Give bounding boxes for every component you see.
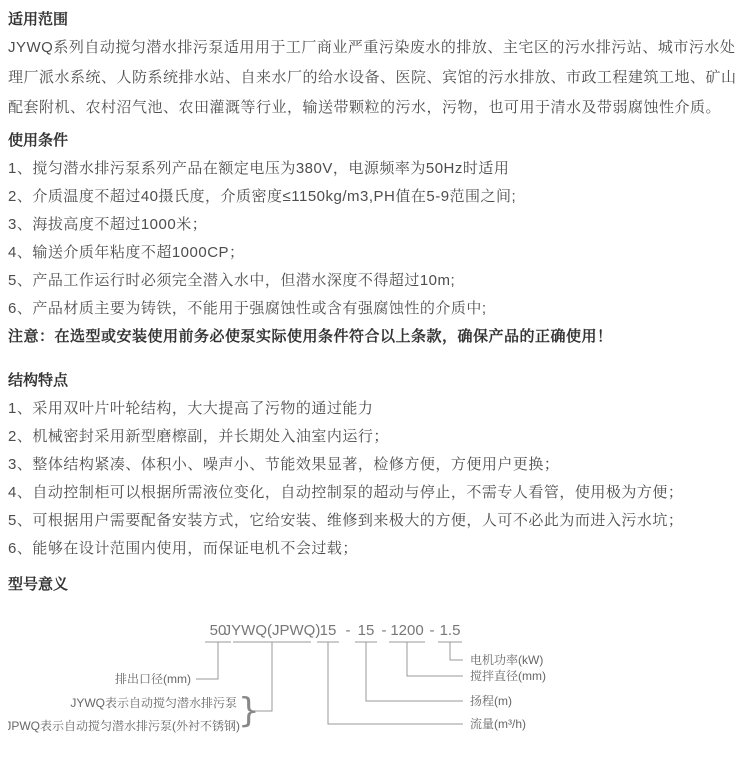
label-flow: 流量(m³/h) — [470, 716, 526, 731]
condition-item-3: 3、海拔高度不超过1000米； — [8, 211, 742, 239]
features-list: 1、采用双叶片叶轮结构，大大提高了污物的通过能力 2、机械密封采用新型磨檫副，并… — [8, 395, 742, 563]
section-heading-model: 型号意义 — [8, 575, 742, 594]
condition-item-6: 6、产品材质主要为铸铁，不能用于强腐蚀性或含有强腐蚀性的介质中; — [8, 295, 742, 323]
section-heading-scope: 适用范围 — [8, 10, 742, 29]
feature-item-3: 3、整体结构紧凑、体积小、噪声小、节能效果显著，检修方便，方便用户更换； — [8, 451, 742, 479]
label-jpwq: JPWQ表示自动搅匀潜水排污泵(外衬不锈钢) — [8, 718, 240, 733]
condition-item-5: 5、产品工作运行时必须完全潜入水中，但潜水深度不得超过10m; — [8, 267, 742, 295]
feature-item-4: 4、自动控制柜可以根据所需液位变化，自动控制泵的超动与停止，不需专人看管，使用极… — [8, 479, 742, 507]
connector-discharge — [196, 642, 218, 679]
section-heading-features: 结构特点 — [8, 371, 742, 390]
notice-line: 注意：在选型或安装使用前务必使泵实际使用条件符合以上条款，确保产品的正确使用！ — [8, 323, 742, 351]
label-power: 电机功率(kW) — [470, 652, 543, 667]
feature-item-2: 2、机械密封采用新型磨檫副，并长期处入油室内运行； — [8, 423, 742, 451]
model-code-power: 1.5 — [440, 622, 461, 639]
model-code-dash-3: - — [430, 622, 435, 639]
feature-item-1: 1、采用双叶片叶轮结构，大大提高了污物的通过能力 — [8, 395, 742, 423]
label-discharge: 排出口径(mm) — [115, 671, 191, 686]
model-code-flow: 15 — [320, 622, 337, 639]
model-code-head: 15 — [358, 622, 375, 639]
feature-item-6: 6、能够在设计范围内使用，而保证电机不会过载； — [8, 535, 742, 563]
section-heading-conditions: 使用条件 — [8, 131, 742, 150]
label-diameter: 搅拌直径(mm) — [470, 668, 546, 683]
feature-item-5: 5、可根据用户需要配备安装方式，它给安装、维修到来极大的方便，人可不必此为而进入… — [8, 507, 742, 535]
model-code-diameter: 1200 — [390, 622, 423, 639]
model-code-series: JYWQ(JPWQ) — [224, 622, 321, 639]
connector-power — [450, 642, 463, 660]
product-doc-page: 适用范围 JYWQ系列自动搅匀潜水排污泵适用用于工厂商业严重污染废水的排放、主宅… — [0, 0, 750, 770]
conditions-list: 1、搅匀潜水排污泵系列产品在额定电压为380V，电源频率为50Hz时适用 2、介… — [8, 155, 742, 351]
scope-paragraph: JYWQ系列自动搅匀潜水排污泵适用用于工厂商业严重污染废水的排放、主宅区的污水排… — [8, 33, 742, 123]
model-meaning-diagram: 50 JYWQ(JPWQ) 15 - 15 - 1200 - 1.5 } 排出口… — [8, 594, 742, 770]
connector-diameter — [407, 642, 463, 676]
condition-item-1: 1、搅匀潜水排污泵系列产品在额定电压为380V，电源频率为50Hz时适用 — [8, 155, 742, 183]
brace-icon: } — [238, 691, 260, 731]
label-jywq: JYWQ表示自动搅匀潜水排污泵 — [70, 695, 237, 710]
connector-head — [366, 642, 463, 701]
label-head: 扬程(m) — [470, 693, 512, 708]
model-code-dash-1: - — [346, 622, 351, 639]
connector-flow — [328, 642, 463, 724]
condition-item-4: 4、输送介质年粘度不超1000CP； — [8, 239, 742, 267]
condition-item-2: 2、介质温度不超过40摄氏度，介质密度≤1150kg/m3,PH值在5-9范围之… — [8, 183, 742, 211]
model-code-dash-2: - — [382, 622, 387, 639]
